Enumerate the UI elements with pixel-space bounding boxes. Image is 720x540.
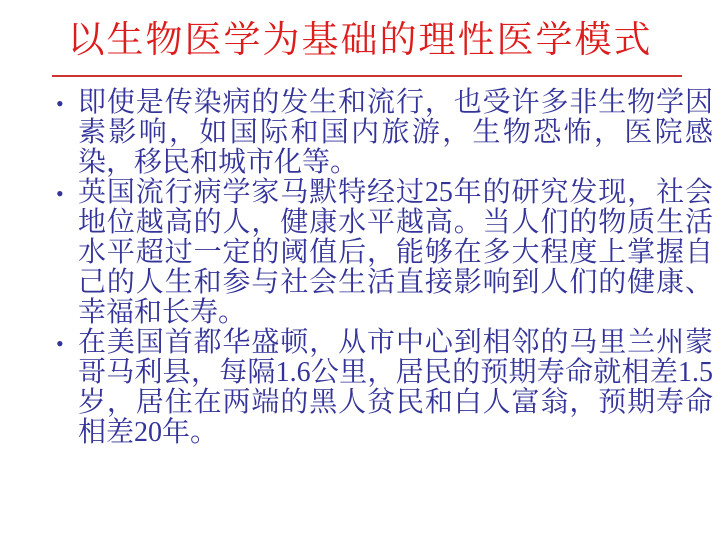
bullet-list: • 即使是传染病的发生和流行，也受许多非生物学因素影响，如国际和国内旅游，生物恐… [55,88,713,448]
bullet-text: 即使是传染病的发生和流行，也受许多非生物学因素影响，如国际和国内旅游，生物恐怖，… [78,87,713,178]
presentation-slide: 以生物医学为基础的理性医学模式 • 即使是传染病的发生和流行，也受许多非生物学因… [0,0,720,540]
bullet-text: 在美国首都华盛顿，从市中心到相邻的马里兰州蒙哥马利县，每隔1.6公里，居民的预期… [78,327,713,448]
list-item: • 在美国首都华盛顿，从市中心到相邻的马里兰州蒙哥马利县，每隔1.6公里，居民的… [55,328,713,448]
list-item: • 即使是传染病的发生和流行，也受许多非生物学因素影响，如国际和国内旅游，生物恐… [55,88,713,178]
bullet-icon: • [56,330,64,358]
title-underline [52,75,682,77]
list-item: • 英国流行病学家马默特经过25年的研究发现，社会地位越高的人，健康水平越高。当… [55,178,713,328]
bullet-icon: • [56,180,64,208]
bullet-icon: • [56,90,64,118]
slide-title: 以生物医学为基础的理性医学模式 [0,20,720,62]
bullet-text: 英国流行病学家马默特经过25年的研究发现，社会地位越高的人，健康水平越高。当人们… [78,177,713,328]
